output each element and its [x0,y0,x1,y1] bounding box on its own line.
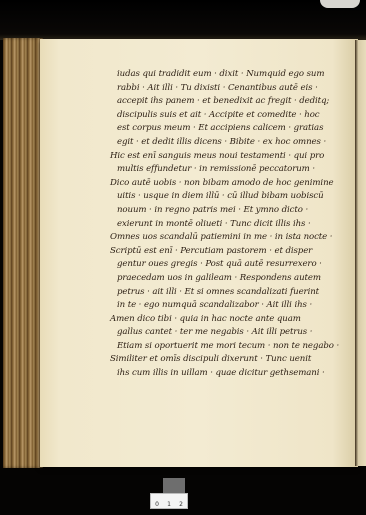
scale-bar: 0 1 2 [150,493,188,509]
text-line: gallus cantet · ter me negabis · Ait ill… [117,326,352,340]
text-line: nouum · in regno patris mei · Et ymno di… [117,204,352,218]
scale-tick: 1 [167,501,171,508]
text-line: iudas qui tradidit eum · dixit · Numquid… [117,68,352,82]
text-line: discipulis suis et ait · Accipite et com… [117,109,352,123]
text-line: gentur oues gregis · Post quā autē resur… [117,258,352,272]
text-line: praecedam uos in galileam · Respondens a… [117,272,352,286]
background-top [0,0,366,40]
text-line: uitis · usque in diem illū · cū illud bi… [117,190,352,204]
background-object [320,0,360,8]
color-reference-patch [163,478,185,493]
gilded-leaf-edges [3,38,43,468]
scale-tick: 2 [179,501,183,508]
text-block: iudas qui tradidit eum · dixit · Numquid… [117,68,352,381]
text-line: Omnes uos scandalū patiemini in me · in … [110,231,352,245]
text-line: rabbi · Ait illi · Tu dixisti · Cenantib… [117,82,352,96]
text-line: ihs cum illis in uillam · quae dicitur g… [117,367,352,381]
text-line: Etiam si oportuerit me mori tecum · non … [117,340,352,354]
text-line: Similiter et omīs discipuli dixerunt · T… [110,353,352,367]
text-line: Amen dico tibi · quia in hac nocte ante … [110,313,352,327]
facing-page-edge [355,40,366,466]
text-line: Hic est enī sanguis meus noui testamenti… [110,150,352,164]
scale-tick: 0 [155,501,159,508]
text-line: exierunt in montē oliueti · Tunc dicit i… [117,218,352,232]
text-line: egit · et dedit illis dicens · Bibite · … [117,136,352,150]
text-line: Scriptū est enī · Percutiam pastorem · e… [110,245,352,259]
text-line: est corpus meum · Et accipiens calicem ·… [117,122,352,136]
text-line: accepit ihs panem · et benedixit ac freg… [117,95,352,109]
text-line: in te · ego numquā scandalizabor · Ait i… [117,299,352,313]
text-line: petrus · ait illi · Et si omnes scandali… [117,286,352,300]
text-line: multis effundetur · in remissionē peccat… [117,163,352,177]
text-line: Dico autē uobis · non bibam amodo de hoc… [110,177,352,191]
